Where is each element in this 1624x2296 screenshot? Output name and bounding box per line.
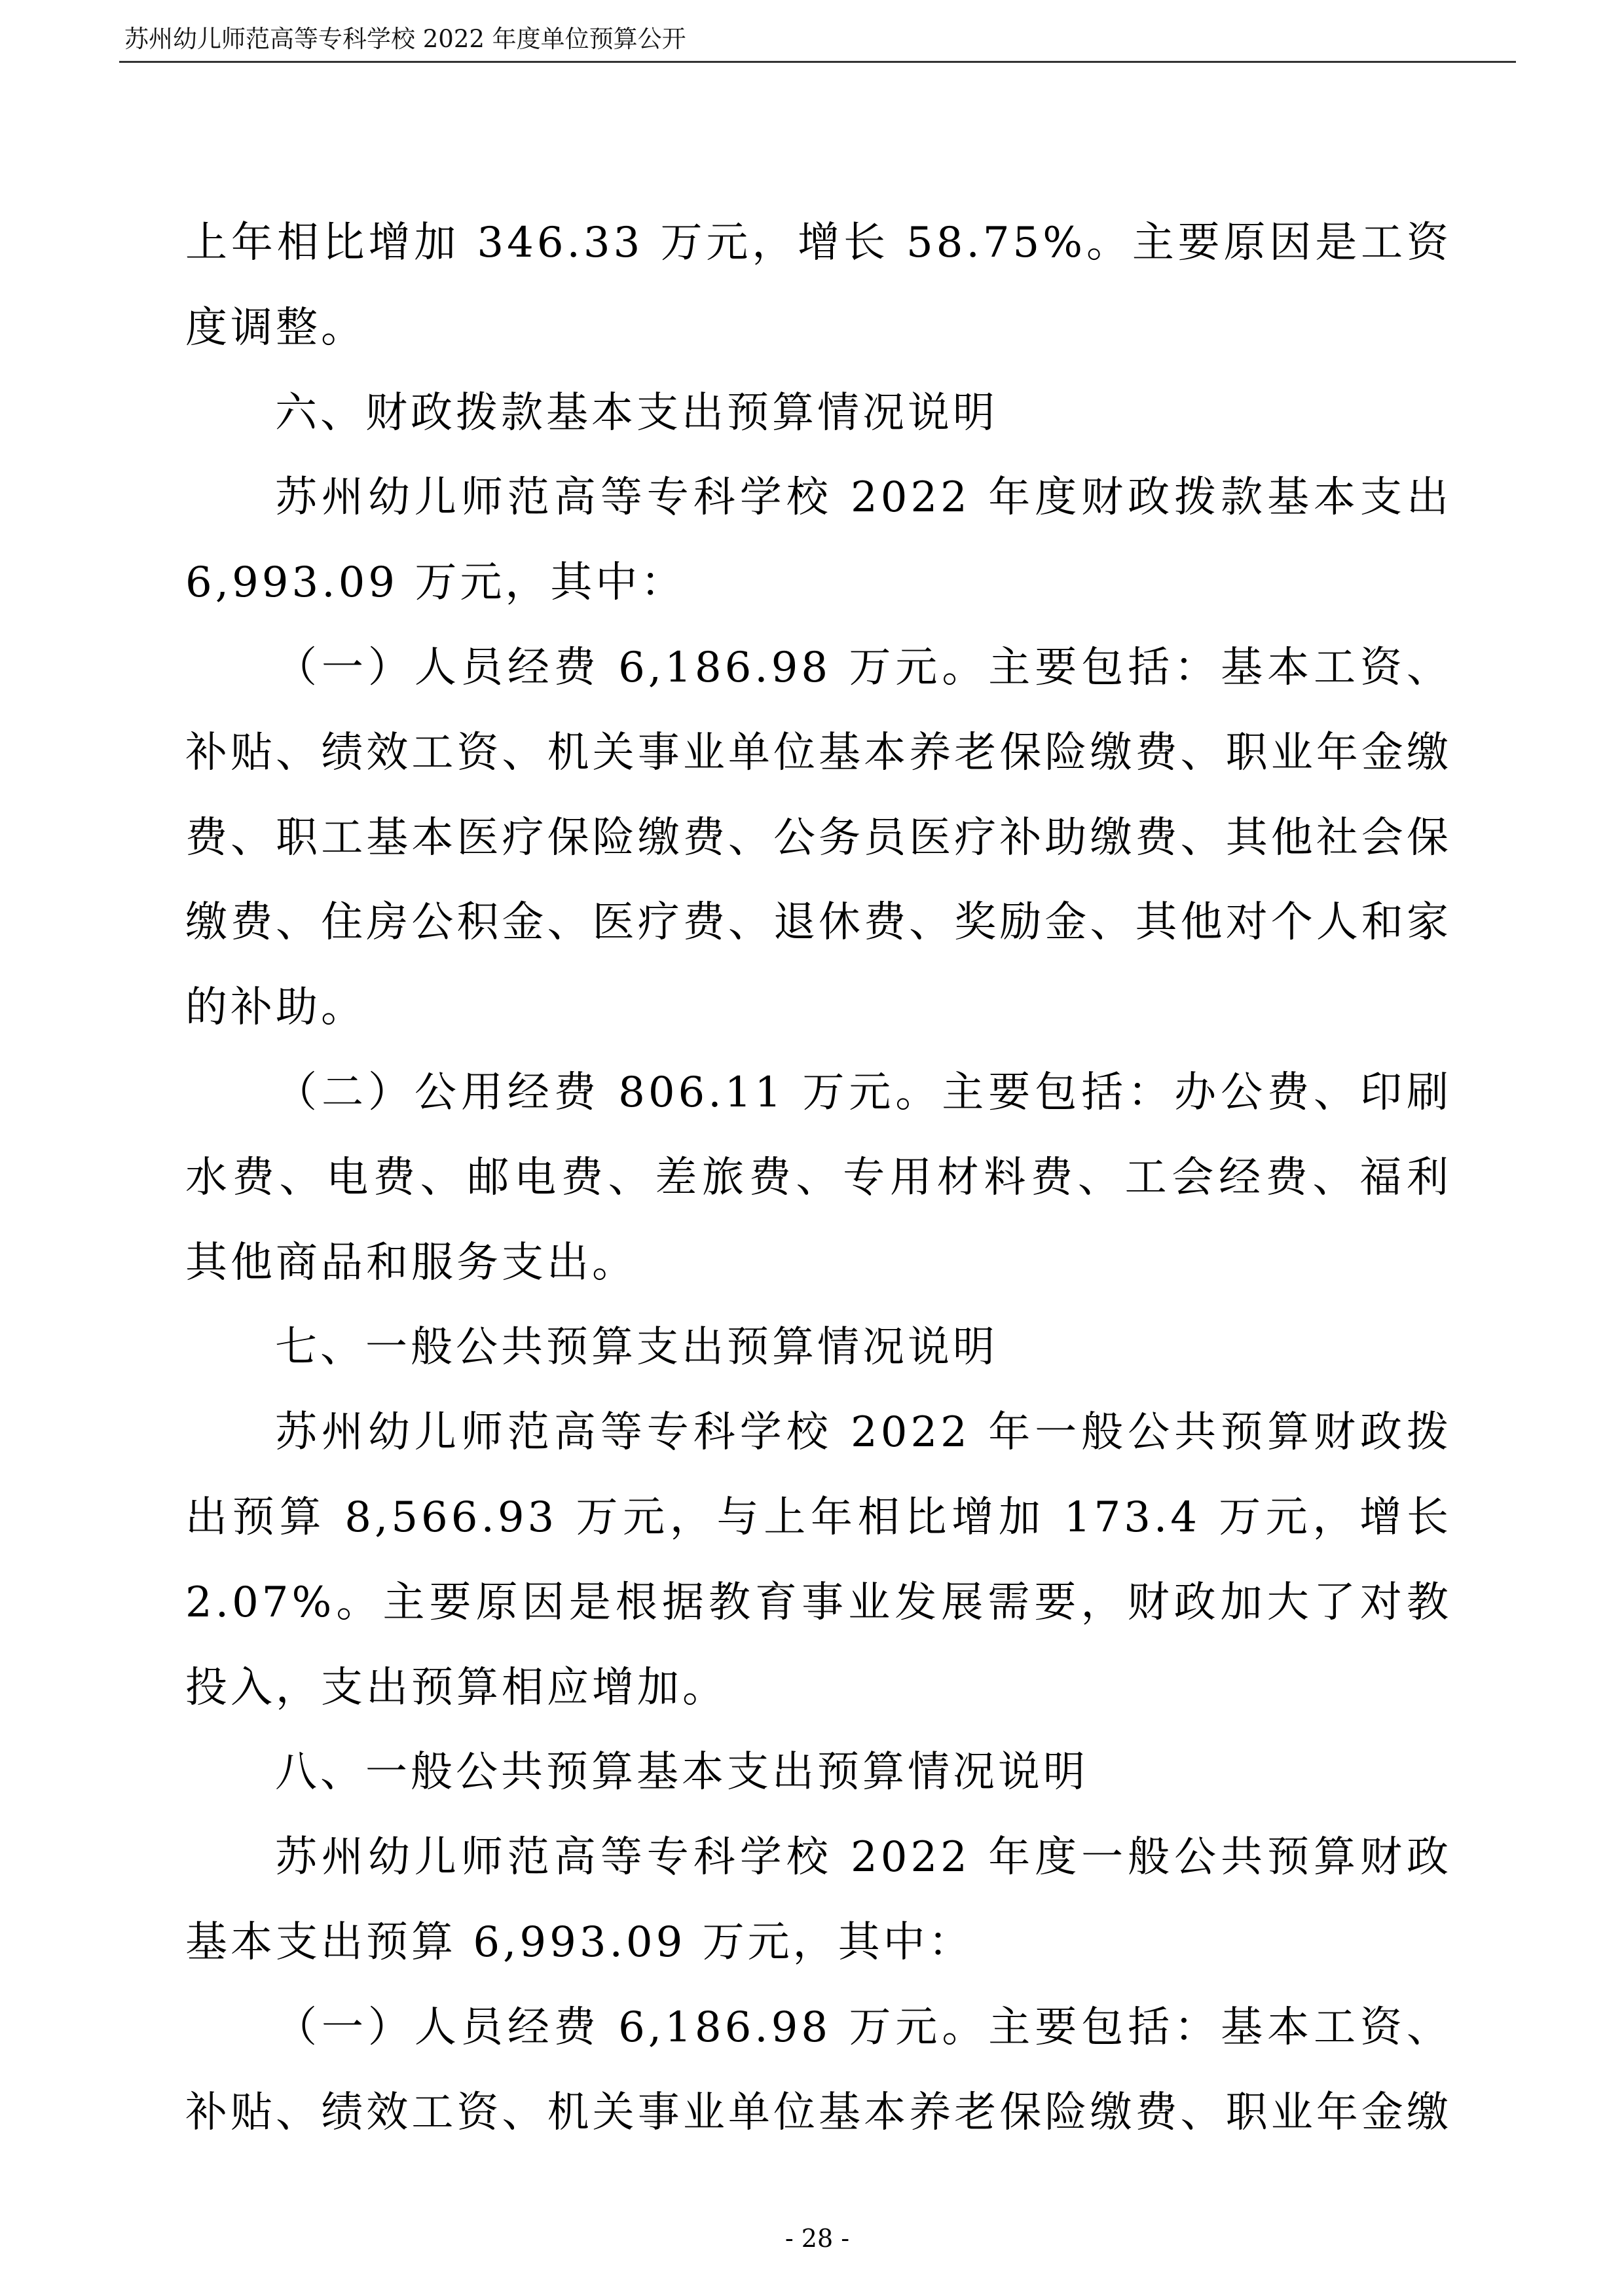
document-body: 上年相比增加 346.33 万元，增长 58.75%。主要原因是工资基数年 度调… [185, 201, 1452, 2155]
paragraph-line: 补贴、绩效工资、机关事业单位基本养老保险缴费、职业年金缴 [185, 711, 1452, 796]
paragraph-line: 缴费、住房公积金、医疗费、退休费、奖励金、其他对个人和家庭 [185, 881, 1452, 966]
paragraph-line: 费、职工基本医疗保险缴费、公务员医疗补助缴费、其他社会保障 [185, 796, 1452, 881]
paragraph-line: 补贴、绩效工资、机关事业单位基本养老保险缴费、职业年金缴 [185, 2071, 1452, 2156]
paragraph-line: 苏州幼儿师范高等专科学校 2022 年度财政拨款基本支出预算 [185, 456, 1452, 541]
paragraph-line: 苏州幼儿师范高等专科学校 2022 年度一般公共预算财政拨款 [185, 1815, 1452, 1901]
paragraph-line: 投入，支出预算相应增加。 [185, 1646, 1452, 1731]
paragraph-line: 基本支出预算 6,993.09 万元，其中： [185, 1901, 1452, 1986]
paragraph-line: 上年相比增加 346.33 万元，增长 58.75%。主要原因是工资基数年 [185, 201, 1452, 286]
paragraph-line: 苏州幼儿师范高等专科学校 2022 年一般公共预算财政拨款支 [185, 1391, 1452, 1476]
paragraph-line: 2.07%。主要原因是根据教育事业发展需要，财政加大了对教育的 [185, 1561, 1452, 1646]
paragraph-line: 其他商品和服务支出。 [185, 1221, 1452, 1306]
paragraph-line: 水费、电费、邮电费、差旅费、专用材料费、工会经费、福利费、 [185, 1136, 1452, 1221]
section-heading-8: 八、一般公共预算基本支出预算情况说明 [185, 1730, 1452, 1815]
paragraph-line: 出预算 8,566.93 万元，与上年相比增加 173.4 万元，增长 [185, 1476, 1452, 1561]
paragraph-line: （二）公用经费 806.11 万元。主要包括：办公费、印刷费、 [185, 1051, 1452, 1136]
page-header-title: 苏州幼儿师范高等专科学校 2022 年度单位预算公开 [124, 25, 686, 54]
section-heading-6: 六、财政拨款基本支出预算情况说明 [185, 371, 1452, 456]
paragraph-line: （一）人员经费 6,186.98 万元。主要包括：基本工资、津贴 [185, 1986, 1452, 2071]
header-divider [119, 61, 1516, 63]
paragraph-line: 度调整。 [185, 286, 1452, 371]
section-heading-7: 七、一般公共预算支出预算情况说明 [185, 1305, 1452, 1391]
paragraph-line: （一）人员经费 6,186.98 万元。主要包括：基本工资、津贴 [185, 626, 1452, 711]
page-number: - 28 - [0, 2225, 1624, 2252]
paragraph-line: 的补助。 [185, 966, 1452, 1051]
paragraph-line: 6,993.09 万元，其中： [185, 541, 1452, 626]
